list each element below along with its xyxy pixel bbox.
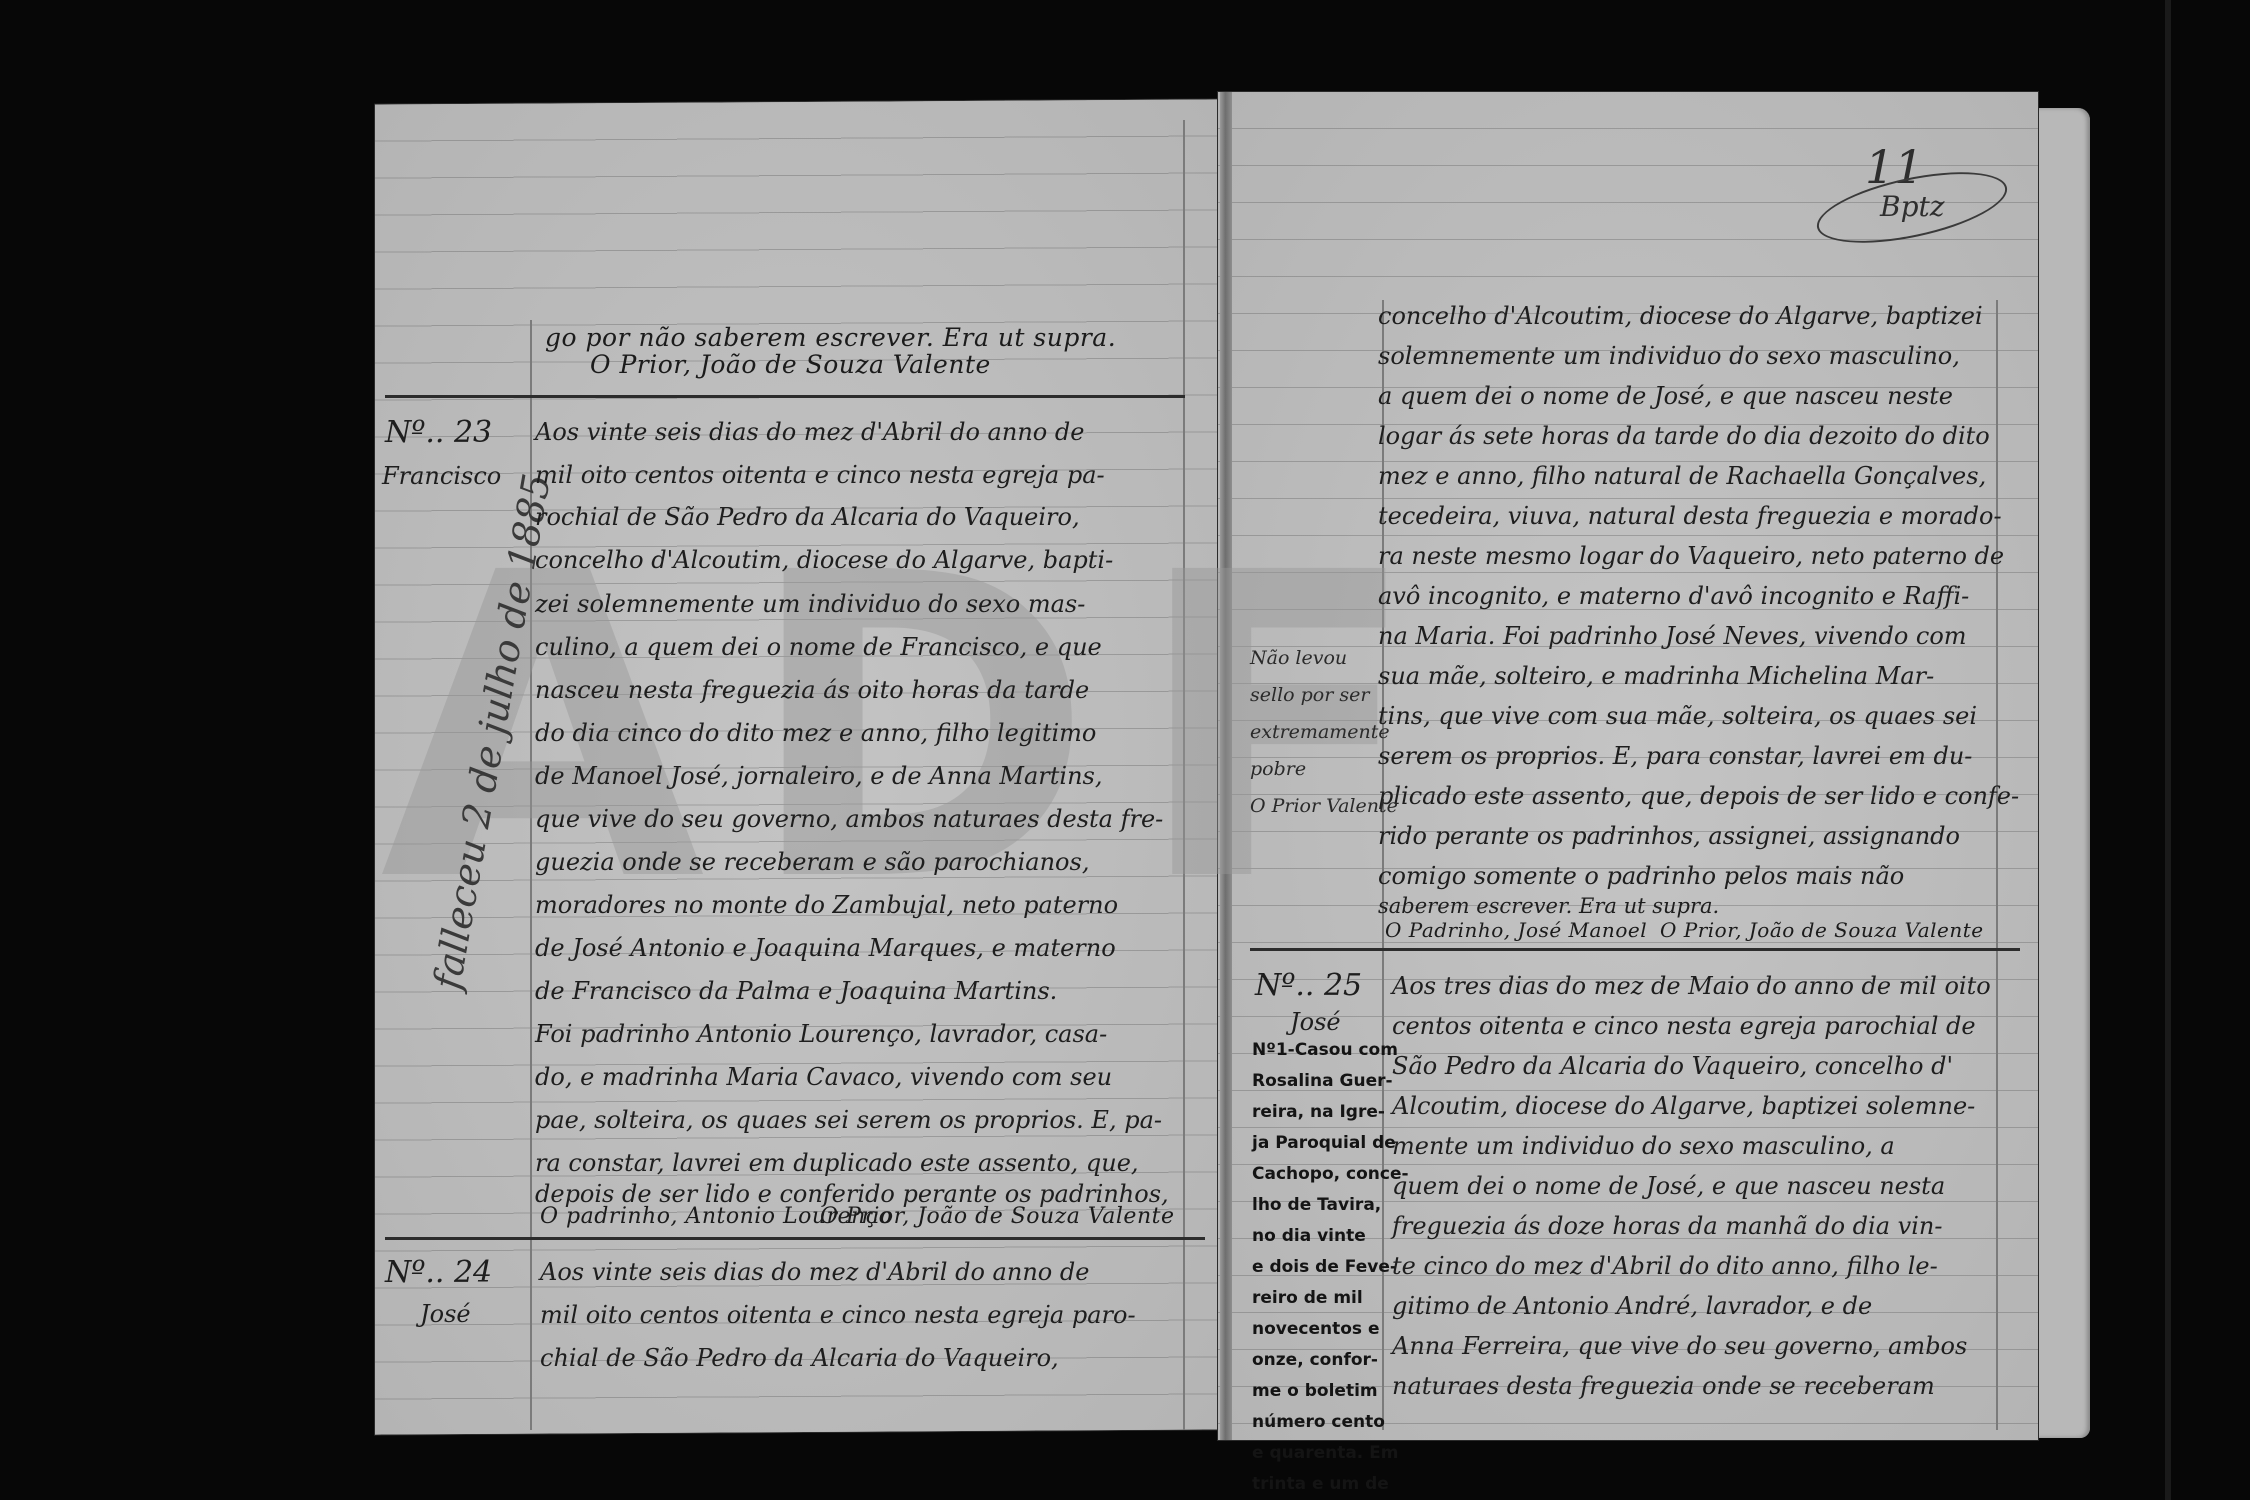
side-note-line: Não levou (1250, 640, 1398, 677)
marginal-note-line: e quarenta. Em (1252, 1438, 1409, 1469)
entry-line: rochial de São Pedro da Alcaria do Vaque… (535, 503, 1080, 531)
entry-line: chial de São Pedro da Alcaria do Vaqueir… (540, 1344, 1059, 1372)
entry-divider-3 (1250, 948, 2020, 951)
entry-line: avô incognito, e materno d'avô incognito… (1378, 582, 1969, 610)
entry-line: mente um individuo do sexo masculino, a (1392, 1132, 1895, 1160)
entry-23-name: Francisco (382, 462, 501, 490)
marginal-note-line: Rosalina Guer- (1252, 1066, 1409, 1097)
marginal-note-line: onze, confor- (1252, 1345, 1409, 1376)
marginal-note-line: número cento (1252, 1407, 1409, 1438)
entry-line: Aos tres dias do mez de Maio do anno de … (1392, 972, 1991, 1000)
entry-23-number: Nº.. 23 (385, 415, 492, 450)
entry-24-name: José (420, 1300, 471, 1328)
entry-line: te cinco do mez d'Abril do dito anno, fi… (1392, 1252, 1938, 1280)
entry-line: plicado este assento, que, depois de ser… (1378, 782, 2019, 810)
entry-line: centos oitenta e cinco nesta egreja paro… (1392, 1012, 1976, 1040)
entry-line: tecedeira, viuva, natural desta freguezi… (1378, 502, 2002, 530)
entry-line: saberem escrever. Era ut supra. (1378, 894, 1719, 918)
entry-line: Alcoutim, diocese do Algarve, baptizei s… (1392, 1092, 1975, 1120)
marginal-note-line: ja Paroquial de (1252, 1128, 1409, 1159)
carryover-line: go por não saberem escrever. Era ut supr… (545, 323, 1116, 352)
entry-divider-2 (385, 1237, 1205, 1240)
marginal-note-line: lho de Tavira, (1252, 1190, 1409, 1221)
entry-line: logar ás sete horas da tarde do dia dezo… (1378, 422, 1990, 450)
book-gutter (1220, 92, 1232, 1440)
entry-line: São Pedro da Alcaria do Vaqueiro, concel… (1392, 1052, 1953, 1080)
entry-line: serem os proprios. E, para constar, lavr… (1378, 742, 1972, 770)
marginal-note-line: novecentos e (1252, 1314, 1409, 1345)
side-note-line: sello por ser (1250, 677, 1398, 714)
entry-line: na Maria. Foi padrinho José Neves, viven… (1378, 622, 1967, 650)
marginal-note-line: Cachopo, conce- (1252, 1159, 1409, 1190)
entry-line: do dia cinco do dito mez e anno, filho l… (535, 719, 1096, 747)
entry-line: concelho d'Alcoutim, diocese do Algarve,… (1378, 302, 1983, 330)
entry-line: gitimo de Antonio André, lavrador, e de (1392, 1292, 1872, 1320)
marginal-note-line: no dia vinte (1252, 1221, 1409, 1252)
side-note-line: pobre (1250, 751, 1398, 788)
entry-25-marriage-note: Nº1-Casou com Rosalina Guer- reira, na I… (1252, 1035, 1409, 1500)
document-viewer: ADF 11 Bptz go por não saberem escrever.… (0, 0, 2250, 1500)
entry-line: a quem dei o nome de José, e que nasceu … (1378, 382, 1953, 410)
left-right-margin-line (1183, 120, 1185, 1430)
entry-divider-1 (385, 395, 1185, 398)
entry-line: Aos vinte seis dias do mez d'Abril do an… (540, 1258, 1089, 1286)
entry-line: Foi padrinho Antonio Lourenço, lavrador,… (535, 1020, 1107, 1048)
entry-line: naturaes desta freguezia onde se receber… (1392, 1372, 1935, 1400)
entry-line: mil oito centos oitenta e cinco nesta eg… (540, 1301, 1136, 1329)
carryover-signature: O Prior, João de Souza Valente (590, 350, 991, 379)
folio-stamp-text: Bptz (1880, 190, 1945, 223)
entry-line: mil oito centos oitenta e cinco nesta eg… (535, 461, 1105, 489)
entry-line: de Francisco da Palma e Joaquina Martins… (535, 977, 1057, 1005)
entry-25-name: José (1290, 1008, 1341, 1036)
entry-line: freguezia ás doze horas da manhã do dia … (1392, 1212, 1942, 1240)
entry-line: de José Antonio e Joaquina Marques, e ma… (535, 934, 1116, 962)
scan-edge (2165, 0, 2171, 1500)
entry-24-signature-godfather: O Padrinho, José Manoel (1385, 918, 1647, 942)
right-outer-margin-line (1996, 300, 1998, 1430)
side-note-line: O Prior Valente (1250, 788, 1398, 825)
side-note-line: extremamente (1250, 714, 1398, 751)
right-page-edge (2030, 108, 2090, 1438)
entry-23-signature-prior: O Prior, João de Souza Valente (820, 1204, 1175, 1229)
marginal-note-line: Nº1-Casou com (1252, 1035, 1409, 1066)
marginal-note-line: trinta e um de (1252, 1469, 1409, 1500)
entry-line: tins, que vive com sua mãe, solteira, os… (1378, 702, 1977, 730)
entry-line: comigo somente o padrinho pelos mais não (1378, 862, 1904, 890)
entry-line: rido perante os padrinhos, assignei, ass… (1378, 822, 1960, 850)
entry-line: de Manoel José, jornaleiro, e de Anna Ma… (535, 762, 1103, 790)
entry-line: guezia onde se receberam e são parochian… (535, 848, 1089, 876)
entry-line: Aos vinte seis dias do mez d'Abril do an… (535, 418, 1084, 446)
entry-24-number: Nº.. 24 (385, 1255, 492, 1290)
entry-line: nasceu nesta freguezia ás oito horas da … (535, 676, 1089, 704)
entry-line: quem dei o nome de José, e que nasceu ne… (1392, 1172, 1945, 1200)
entry-line: do, e madrinha Maria Cavaco, vivendo com… (535, 1063, 1112, 1091)
entry-line: solemnemente um individuo do sexo mascul… (1378, 342, 1960, 370)
entry-25-number: Nº.. 25 (1255, 968, 1362, 1003)
entry-line: pae, solteira, os quaes sei serem os pro… (535, 1106, 1162, 1134)
entry-line: Anna Ferreira, que vive do seu governo, … (1392, 1332, 1967, 1360)
marginal-note-line: me o boletim (1252, 1376, 1409, 1407)
entry-line: ra constar, lavrei em duplicado este ass… (535, 1149, 1139, 1177)
marginal-note-line: e dois de Feve- (1252, 1252, 1409, 1283)
entry-line: ra neste mesmo logar do Vaqueiro, neto p… (1378, 542, 2004, 570)
entry-line: culino, a quem dei o nome de Francisco, … (535, 633, 1102, 661)
entry-line: moradores no monte do Zambujal, neto pat… (535, 891, 1118, 919)
entry-line: que vive do seu governo, ambos naturaes … (535, 805, 1163, 833)
entry-line: zei solemnemente um individuo do sexo ma… (535, 590, 1085, 618)
entry-line: sua mãe, solteiro, e madrinha Michelina … (1378, 662, 1934, 690)
entry-line: concelho d'Alcoutim, diocese do Algarve,… (535, 546, 1113, 574)
marginal-note-line: reiro de mil (1252, 1283, 1409, 1314)
entry-line: mez e anno, filho natural de Rachaella G… (1378, 462, 1986, 490)
entry-24-signature-prior: O Prior, João de Souza Valente (1660, 918, 1984, 942)
stamp-exemption-note: Não levou sello por ser extremamente pob… (1250, 640, 1398, 825)
marginal-note-line: reira, na Igre- (1252, 1097, 1409, 1128)
